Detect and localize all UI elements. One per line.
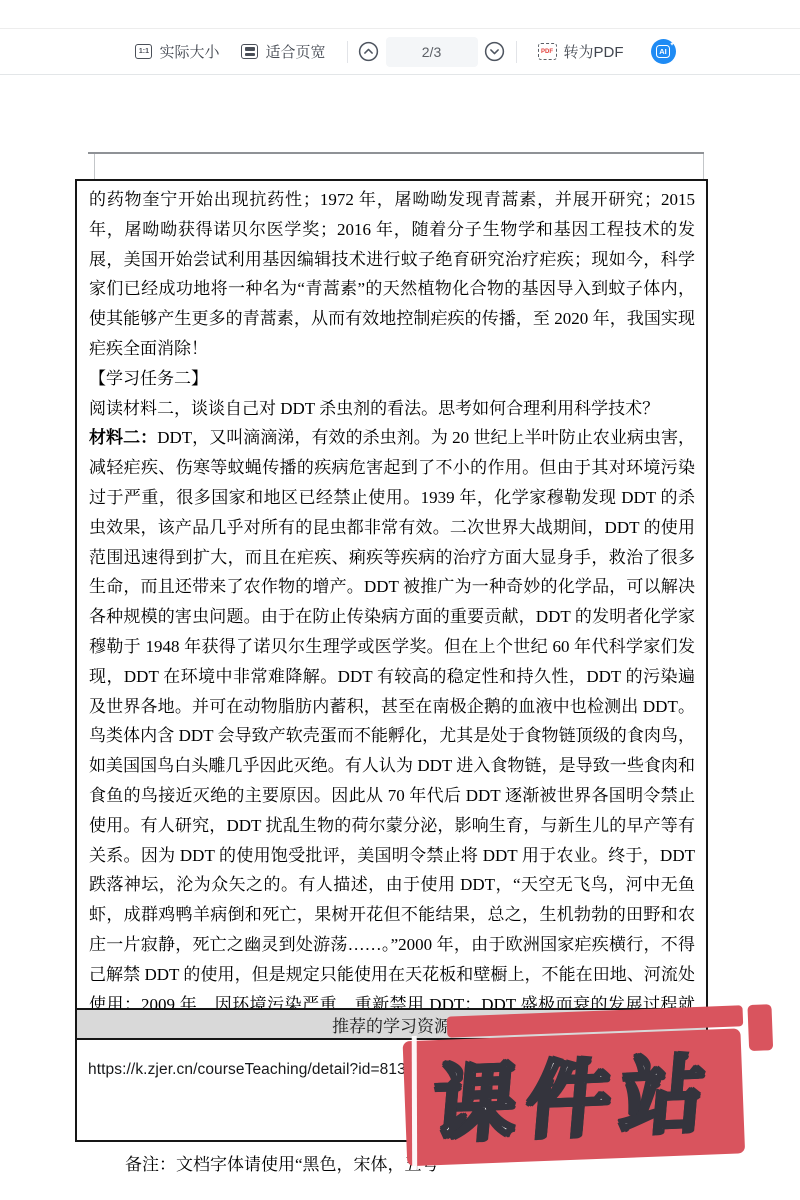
stamp-text: 课件站 — [428, 1028, 720, 1159]
zoom-controls: 1:1 实际大小 适合页宽 — [124, 41, 336, 62]
convert-to-pdf-button[interactable]: PDF 转为PDF — [538, 41, 624, 62]
paragraph-artemisinin: 的药物奎宁开始出现抗药性；1972 年，屠呦呦发现青蒿素，并展开研究；2015 … — [89, 185, 695, 364]
toolbar-divider — [516, 41, 517, 63]
fit-width-button[interactable]: 适合页宽 — [241, 41, 325, 62]
actual-size-button[interactable]: 1:1 实际大小 — [135, 41, 219, 62]
fit-width-label: 适合页宽 — [265, 41, 325, 62]
paragraph-material-two: 材料二：DDT，又叫滴滴涕，有效的杀虫剂。为 20 世纪上半叶防止农业病虫害，减… — [89, 423, 695, 1008]
chevron-down-icon — [484, 41, 505, 62]
task-two-description: 阅读材料二，谈谈自己对 DDT 杀虫剂的看法。思考如何合理利用科学技术？ — [89, 394, 695, 424]
toolbar-divider — [347, 41, 348, 63]
actual-size-label: 实际大小 — [159, 41, 219, 62]
pdf-icon: PDF — [538, 43, 557, 60]
convert-to-pdf-label: 转为PDF — [564, 41, 624, 62]
next-page-button[interactable] — [484, 41, 506, 63]
document-table: 的药物奎宁开始出现抗药性；1972 年，屠呦呦发现青蒿素，并展开研究；2015 … — [75, 179, 708, 1142]
courseware-stamp: 课件站 — [391, 995, 798, 1200]
page-navigation: 2/3 — [358, 37, 506, 67]
material-two-text: DDT，又叫滴滴涕，有效的杀虫剂。为 20 世纪上半叶防止农业病虫害，减轻疟疾、… — [89, 428, 695, 1008]
stamp-crack — [412, 1036, 417, 1170]
material-two-label: 材料二： — [89, 428, 157, 447]
chevron-up-icon — [358, 41, 379, 62]
page-indicator[interactable]: 2/3 — [386, 37, 478, 67]
task-two-header: 【学习任务二】 — [89, 364, 695, 394]
actual-size-icon: 1:1 — [135, 44, 152, 59]
ai-assistant-button[interactable]: AI ✦ — [651, 39, 676, 64]
stamp-border-right — [748, 1056, 771, 1169]
previous-page-edge-stub-right — [703, 154, 704, 180]
ai-icon: AI — [656, 45, 670, 58]
sparkle-icon: ✦ — [669, 41, 674, 48]
stamp-border-top-right — [747, 1004, 773, 1051]
previous-page-edge-stub-left — [94, 154, 95, 180]
previous-page-edge — [88, 152, 704, 154]
fit-width-icon — [241, 44, 258, 59]
stamp-border-right-outer — [772, 1036, 787, 1156]
previous-page-button[interactable] — [358, 41, 380, 63]
viewer-toolbar: 1:1 实际大小 适合页宽 2/3 PDF 转为PDF AI ✦ — [0, 28, 800, 75]
stamp-body: 课件站 — [403, 1028, 746, 1166]
document-text-cell: 的药物奎宁开始出现抗药性；1972 年，屠呦呦发现青蒿素，并展开研究；2015 … — [77, 181, 706, 1008]
